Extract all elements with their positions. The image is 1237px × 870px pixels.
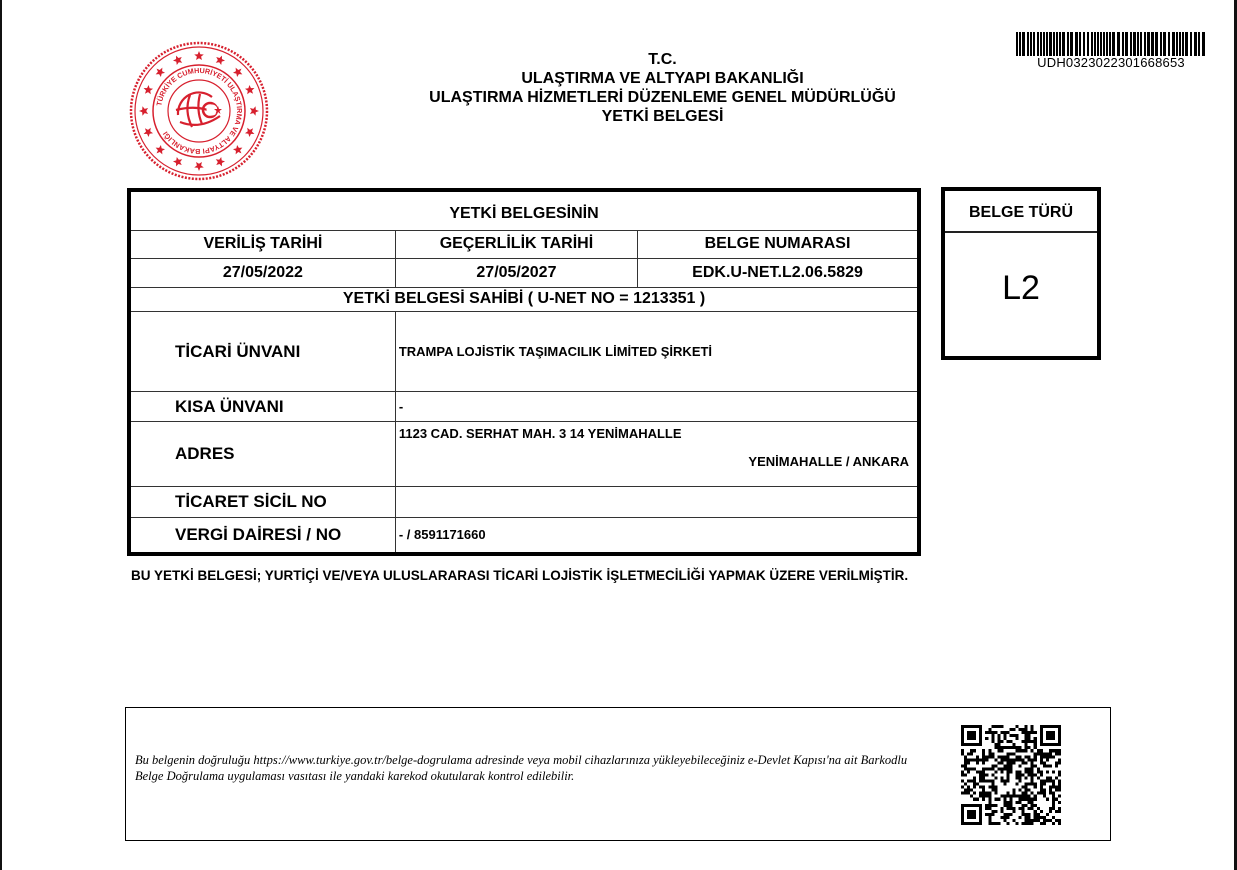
header-line-tc: T.C. — [380, 50, 945, 69]
page-border-left — [0, 0, 2, 870]
qr-code-icon — [961, 725, 1061, 825]
certificate-table: YETKİ BELGESİNİN VERİLİŞ TARİHİ GEÇERLİL… — [127, 188, 921, 556]
verification-footer: Bu belgenin doğruluğu https://www.turkiy… — [125, 707, 1111, 841]
value-trade-name: TRAMPA LOJİSTİK TAŞIMACILIK LİMİTED ŞİRK… — [395, 312, 917, 392]
ministry-seal-icon: TÜRKİYE CUMHURİYETİ ULAŞTIRMA VE ALTYAPI… — [128, 40, 270, 182]
holder-title: YETKİ BELGESİ SAHİBİ ( U-NET NO = 121335… — [131, 288, 917, 312]
address-line-2: YENİMAHALLE / ANKARA — [399, 454, 917, 469]
label-address: ADRES — [131, 422, 395, 487]
table-row: TİCARİ ÜNVANI TRAMPA LOJİSTİK TAŞIMACILI… — [131, 312, 917, 392]
label-trade-registry-no: TİCARET SİCİL NO — [131, 487, 395, 518]
section-title: YETKİ BELGESİNİN — [131, 192, 917, 230]
header-line-ministry: ULAŞTIRMA VE ALTYAPI BAKANLIĞI — [380, 69, 945, 88]
header-line-directorate: ULAŞTIRMA HİZMETLERİ DÜZENLEME GENEL MÜD… — [380, 88, 945, 107]
table-row: VERGİ DAİRESİ / NO - / 8591171660 — [131, 518, 917, 552]
verification-text: Bu belgenin doğruluğu https://www.turkiy… — [135, 752, 925, 784]
document-type-label: BELGE TÜRÜ — [945, 191, 1097, 233]
document-type-box: BELGE TÜRÜ L2 — [941, 187, 1101, 360]
col-header-validity-date: GEÇERLİLİK TARİHİ — [395, 230, 637, 258]
header-line-title: YETKİ BELGESİ — [380, 107, 945, 126]
col-header-document-number: BELGE NUMARASI — [638, 230, 917, 258]
table-row: TİCARET SİCİL NO — [131, 487, 917, 518]
label-tax-office: VERGİ DAİRESİ / NO — [131, 518, 395, 552]
barcode: UDH0323022301668653 — [1016, 32, 1206, 70]
address-line-1: 1123 CAD. SERHAT MAH. 3 14 YENİMAHALLE — [399, 426, 917, 441]
issue-date: 27/05/2022 — [131, 258, 395, 287]
barcode-icon — [1016, 32, 1206, 56]
document-number: EDK.U-NET.L2.06.5829 — [638, 258, 917, 287]
col-header-issue-date: VERİLİŞ TARİHİ — [131, 230, 395, 258]
document-type-value: L2 — [945, 271, 1097, 305]
validity-date: 27/05/2027 — [395, 258, 637, 287]
label-short-name: KISA ÜNVANI — [131, 392, 395, 422]
value-tax-office: - / 8591171660 — [395, 518, 917, 552]
document-header: T.C. ULAŞTIRMA VE ALTYAPI BAKANLIĞI ULAŞ… — [380, 50, 945, 126]
value-address: 1123 CAD. SERHAT MAH. 3 14 YENİMAHALLE Y… — [395, 422, 917, 487]
label-trade-name: TİCARİ ÜNVANI — [131, 312, 395, 392]
table-row: KISA ÜNVANI - — [131, 392, 917, 422]
table-row: ADRES 1123 CAD. SERHAT MAH. 3 14 YENİMAH… — [131, 422, 917, 487]
barcode-number: UDH0323022301668653 — [1016, 55, 1206, 70]
value-trade-registry-no — [395, 487, 917, 518]
authorization-note: BU YETKİ BELGESİ; YURTİÇİ VE/VEYA ULUSLA… — [131, 568, 911, 584]
value-short-name: - — [395, 392, 917, 422]
